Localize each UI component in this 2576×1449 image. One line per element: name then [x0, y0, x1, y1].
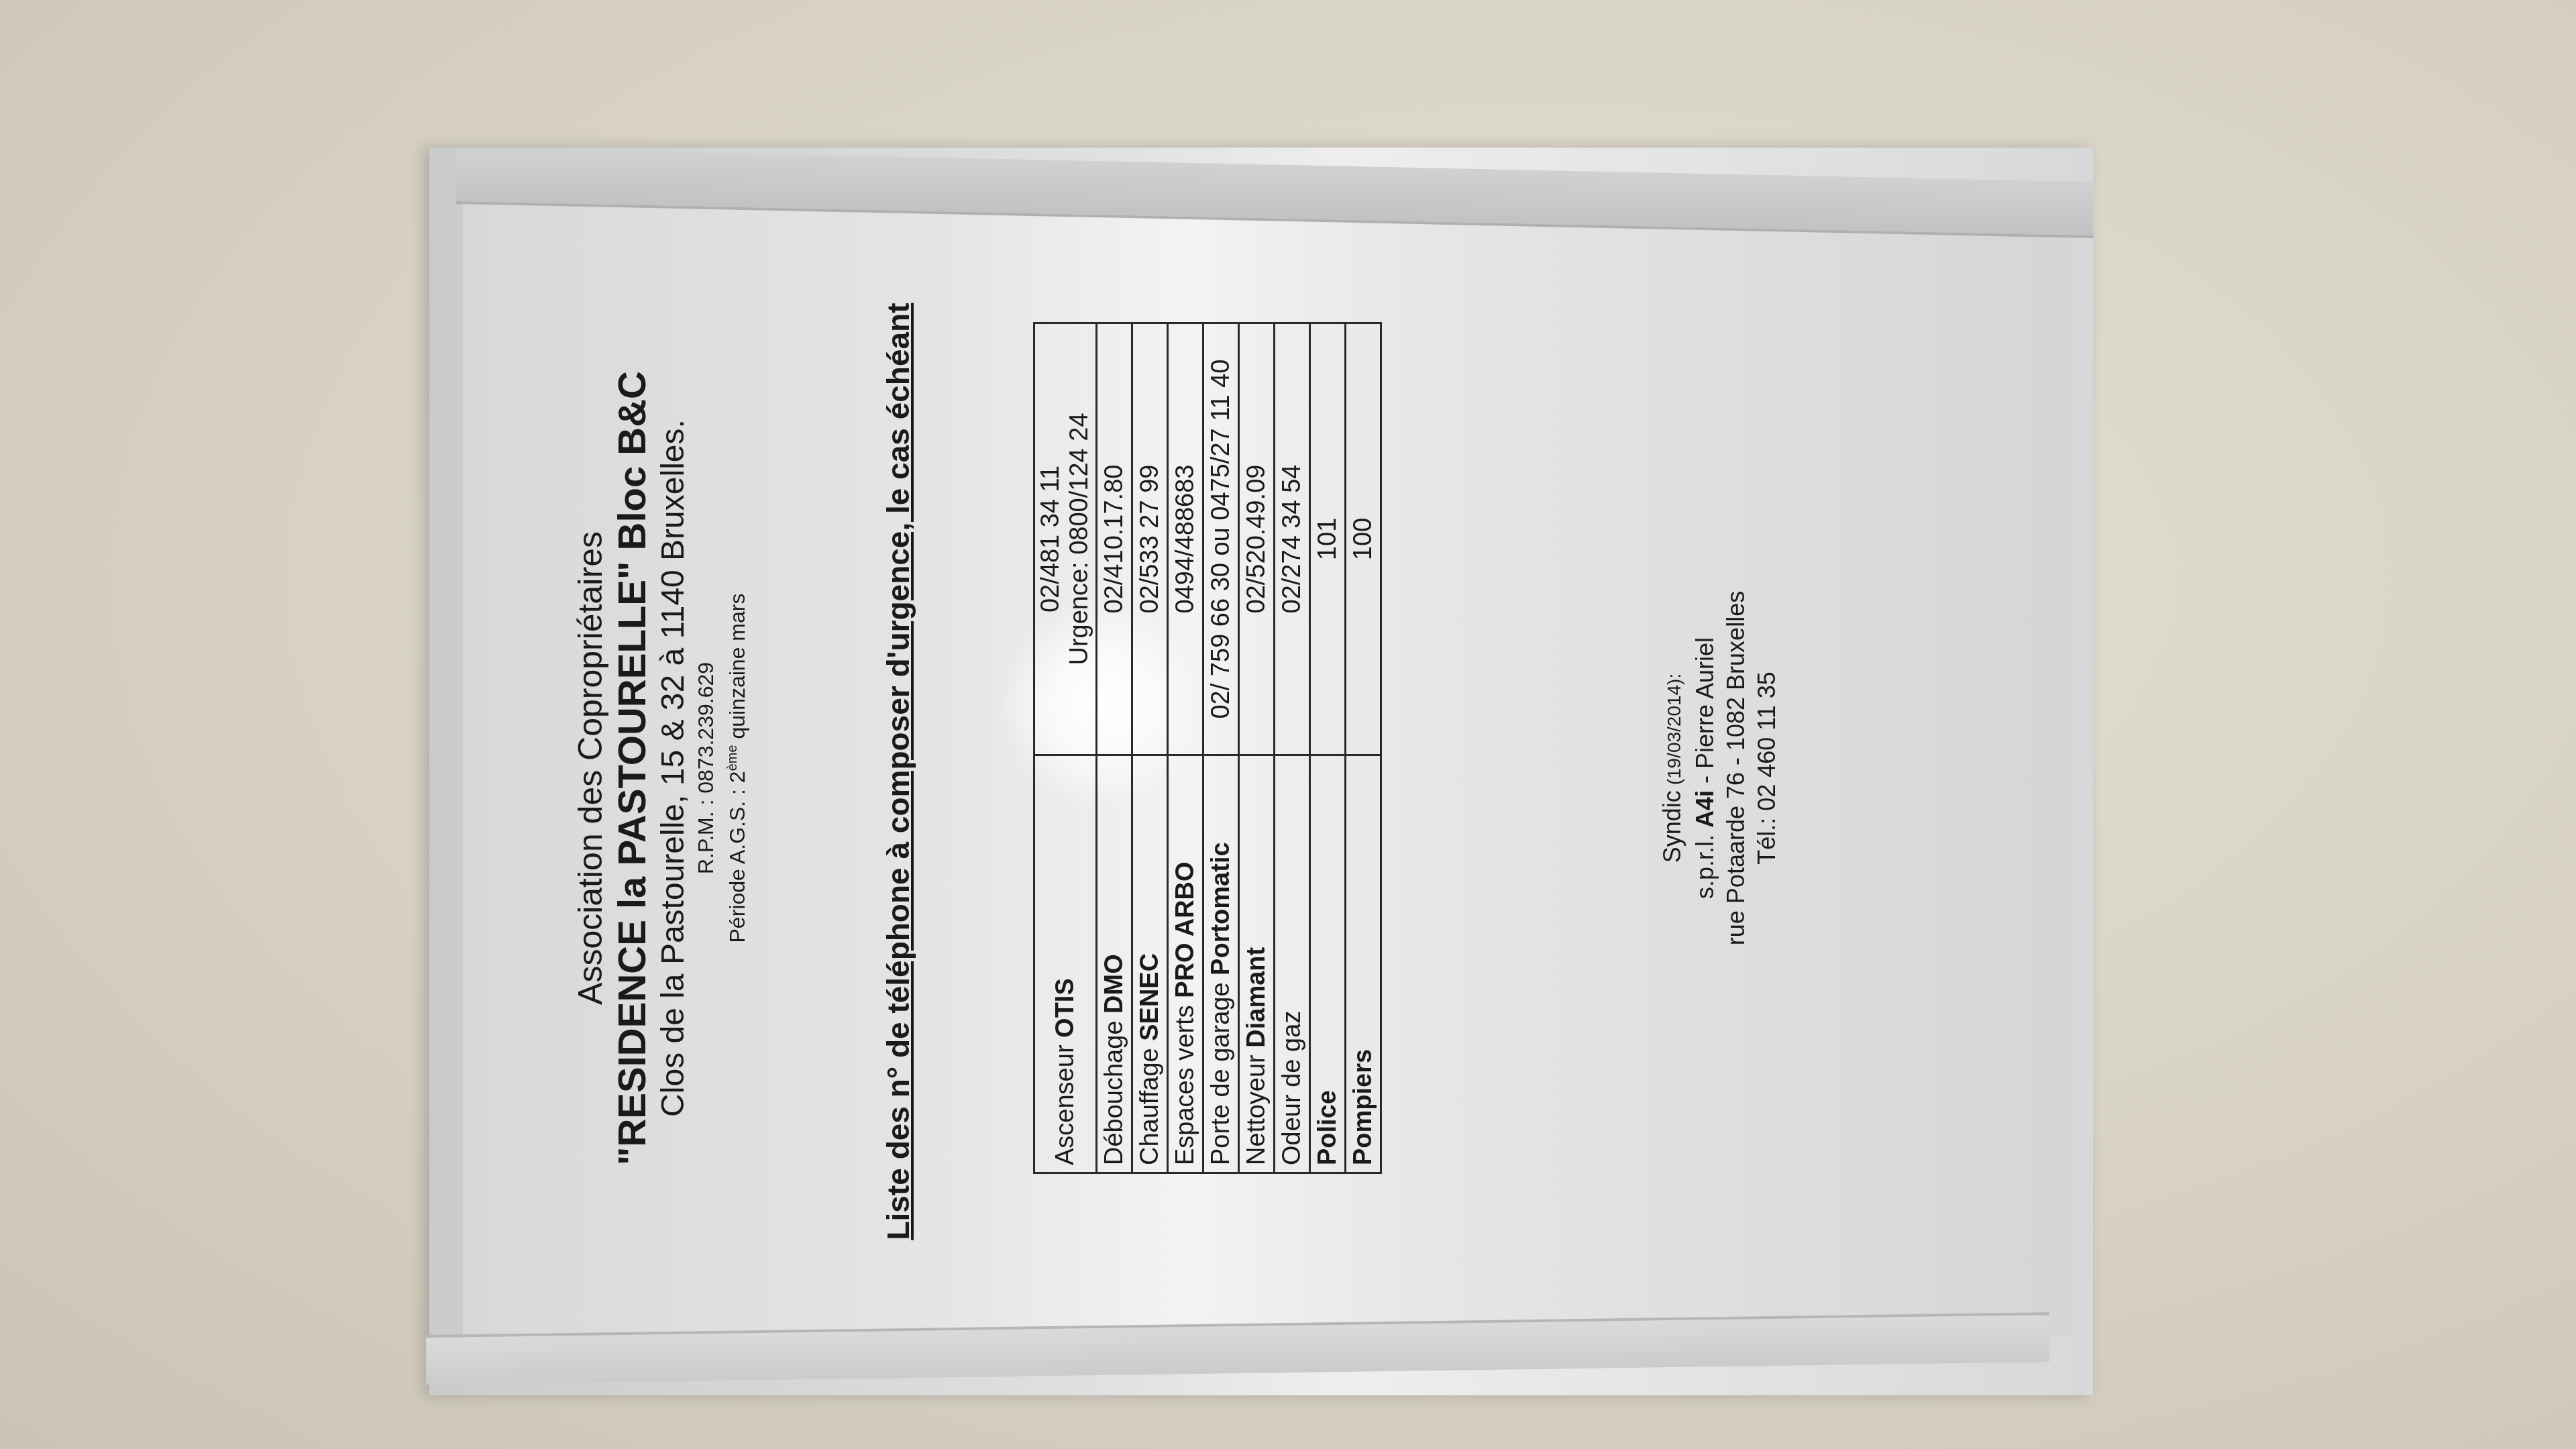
- phone-cell: 0494/488683: [1168, 323, 1203, 755]
- service-cell: Chauffage SENEC: [1132, 755, 1168, 1173]
- phone-cell: 101: [1310, 323, 1346, 755]
- notice-document: Association des Copropriétaires "RESIDEN…: [463, 201, 2073, 1335]
- phone-cell: 02/ 759 66 30 ou 0475/27 11 40: [1203, 323, 1239, 755]
- association-name: Association des Copropriétaires: [570, 201, 610, 1335]
- ags-period: Période A.G.S. : 2ème quinzaine mars: [719, 201, 751, 1335]
- residence-address: Clos de la Pastourelle, 15 & 32 à 1140 B…: [655, 201, 692, 1335]
- service-cell: Police: [1310, 755, 1346, 1173]
- phone-cell: 02/481 34 11Urgence: 0800/124 24: [1034, 323, 1097, 755]
- phone-cell: 02/410.17.80: [1097, 323, 1132, 755]
- syndic-company: s.p.r.l. A4i - Pierre Auriel: [1690, 201, 1721, 1335]
- service-cell: Espaces verts PRO ARBO: [1168, 755, 1203, 1173]
- table-row: Ascenseur OTIS02/481 34 11Urgence: 0800/…: [1034, 323, 1097, 1173]
- service-cell: Pompiers: [1346, 755, 1381, 1173]
- table-row: Odeur de gaz02/274 34 54: [1275, 323, 1310, 1173]
- emergency-contacts-table: Ascenseur OTIS02/481 34 11Urgence: 0800/…: [1033, 322, 1382, 1174]
- service-cell: Porte de garage Portomatic: [1203, 755, 1239, 1173]
- phone-cell: 02/520.49.09: [1239, 323, 1275, 755]
- syndic-label: Syndic (19/03/2014):: [1657, 201, 1690, 1335]
- table-row: Débouchage DMO02/410.17.80: [1097, 323, 1132, 1173]
- phone-cell: 02/274 34 54: [1275, 323, 1310, 755]
- service-cell: Ascenseur OTIS: [1034, 755, 1097, 1173]
- syndic-block: Syndic (19/03/2014): s.p.r.l. A4i - Pier…: [1657, 201, 1782, 1335]
- table-row: Chauffage SENEC02/533 27 99: [1132, 323, 1168, 1173]
- service-cell: Nettoyeur Diamant: [1239, 755, 1275, 1173]
- rpm-number: R.P.M. : 0873.239.629: [692, 201, 719, 1335]
- service-cell: Débouchage DMO: [1097, 755, 1132, 1173]
- table-row: Porte de garage Portomatic02/ 759 66 30 …: [1203, 323, 1239, 1173]
- phone-cell: 100: [1346, 323, 1381, 755]
- table-row: Espaces verts PRO ARBO0494/488683: [1168, 323, 1203, 1173]
- notice-header: Association des Copropriétaires "RESIDEN…: [570, 201, 751, 1335]
- syndic-address: rue Potaarde 76 - 1082 Bruxelles: [1721, 201, 1752, 1335]
- syndic-phone: Tél.: 02 460 11 35: [1752, 201, 1782, 1335]
- service-cell: Odeur de gaz: [1275, 755, 1310, 1173]
- table-row: Nettoyeur Diamant02/520.49.09: [1239, 323, 1275, 1173]
- residence-name: "RESIDENCE la PASTOURELLE" Bloc B&C: [610, 201, 655, 1335]
- table-row: Police101: [1310, 323, 1346, 1173]
- table-row: Pompiers100: [1346, 323, 1381, 1173]
- list-title: Liste des n° de téléphone à composer d'u…: [879, 302, 918, 1241]
- phone-cell: 02/533 27 99: [1132, 323, 1168, 755]
